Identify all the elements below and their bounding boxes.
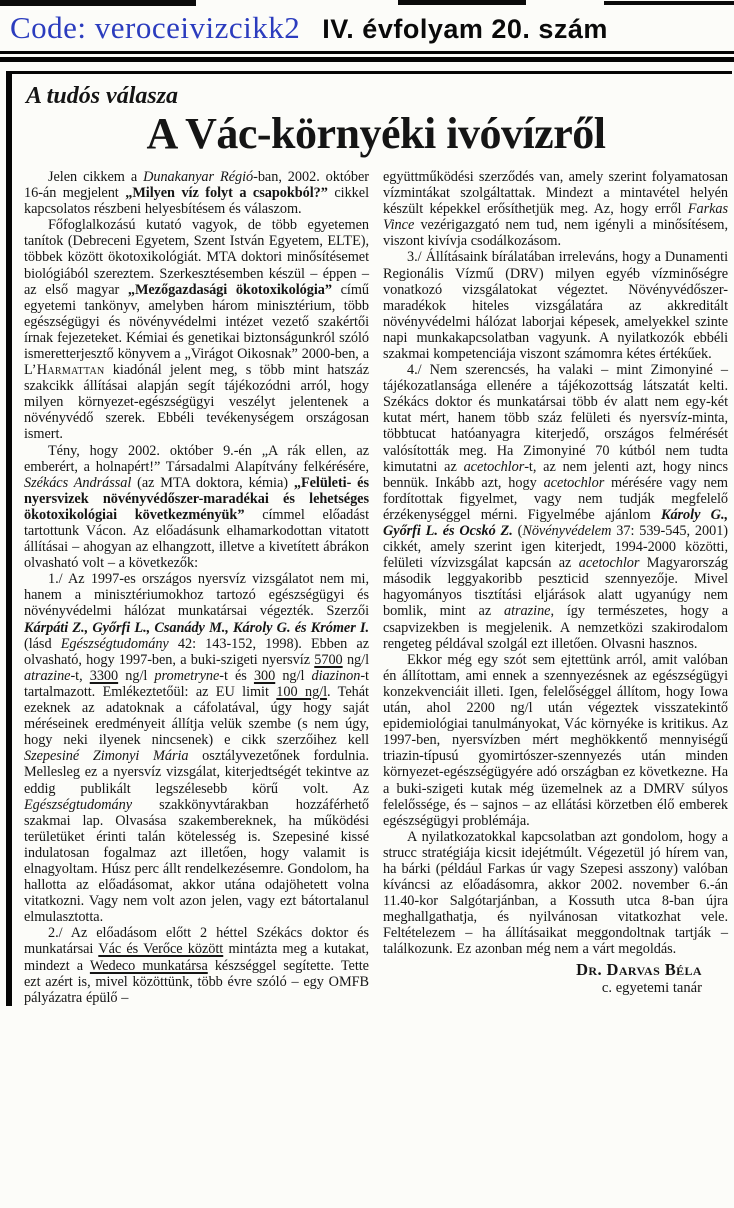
text-segment: együttműködési szerződés van, amely szer… bbox=[383, 169, 728, 217]
text-segment: L’Harmattan bbox=[24, 362, 105, 378]
text-segment: 100 ng/l bbox=[276, 684, 327, 700]
text-segment: Vác és Verőce között bbox=[98, 941, 223, 957]
page-code: Code: veroceivizcikk2 bbox=[10, 10, 300, 46]
text-segment: A nyilatkozatokkal kapcsolatban azt gond… bbox=[383, 829, 728, 958]
scan-artifact bbox=[604, 1, 734, 5]
text-segment: -t, bbox=[70, 668, 89, 684]
paragraph: 4./ Nem szerencsés, ha valaki – mint Zim… bbox=[383, 362, 728, 652]
text-segment: Egészségtudomány bbox=[61, 636, 169, 652]
text-segment: Székács Andrással bbox=[24, 475, 131, 491]
text-segment: acetochlor bbox=[579, 555, 640, 571]
text-segment: acetochlor bbox=[464, 459, 525, 475]
double-rule bbox=[0, 51, 734, 62]
left-column: Jelen cikkem a Dunakanyar Régió-ban, 200… bbox=[24, 169, 369, 1006]
paragraph: A nyilatkozatokkal kapcsolatban azt gond… bbox=[383, 829, 728, 958]
text-segment: (az MTA doktora, kémia) bbox=[131, 475, 294, 491]
text-segment: atrazine bbox=[504, 603, 550, 619]
text-segment: Kárpáti Z., Győrfi L., Csanády M., Károl… bbox=[24, 620, 369, 636]
text-segment: Egészségtudomány bbox=[24, 797, 132, 813]
text-segment: diazinon bbox=[311, 668, 360, 684]
text-segment: vezérigazgató nem tud, nem igényli a min… bbox=[383, 217, 728, 249]
text-segment: Növényvédelem bbox=[522, 523, 611, 539]
paragraph: Főfoglalkozású kutató vagyok, de több eg… bbox=[24, 217, 369, 442]
text-segment: prometryne bbox=[154, 668, 219, 684]
paragraph: 1./ Az 1997-es országos nyersvíz vizsgál… bbox=[24, 571, 369, 925]
paragraph: együttműködési szerződés van, amely szer… bbox=[383, 169, 728, 249]
text-segment: 1./ Az 1997-es országos nyersvíz vizsgál… bbox=[24, 571, 369, 619]
text-segment: atrazine bbox=[24, 668, 70, 684]
paragraph: 2./ Az előadásom előtt 2 héttel Székács … bbox=[24, 925, 369, 1005]
right-column: együttműködési szerződés van, amely szer… bbox=[383, 169, 728, 1006]
text-segment: Wedeco munkatársa bbox=[90, 958, 208, 974]
article-columns: Jelen cikkem a Dunakanyar Régió-ban, 200… bbox=[24, 169, 728, 1006]
text-segment: szakkönyvtárakban hozzáférhető szakmai l… bbox=[24, 797, 369, 926]
text-segment: acetochlor bbox=[544, 475, 605, 491]
paragraph: Jelen cikkem a Dunakanyar Régió-ban, 200… bbox=[24, 169, 369, 217]
text-segment: Jelen cikkem a bbox=[48, 169, 143, 185]
text-segment: ( bbox=[513, 523, 523, 539]
signature-block: Dr. Darvas Béla c. egyetemi tanár bbox=[383, 961, 728, 997]
author-title: c. egyetemi tanár bbox=[383, 980, 702, 998]
text-segment: Dunakanyar Régió bbox=[143, 169, 253, 185]
text-segment: ng/l bbox=[275, 668, 311, 684]
article-kicker: A tudós válasza bbox=[26, 84, 728, 109]
rule-line bbox=[0, 57, 734, 62]
text-segment: 3./ Állításaink bírálatában irreleváns, … bbox=[383, 249, 728, 362]
text-segment: ng/l bbox=[118, 668, 154, 684]
text-segment: Szepesiné Zimonyi Mária bbox=[24, 748, 189, 764]
text-segment: ng/l bbox=[343, 652, 369, 668]
text-segment: 5700 bbox=[314, 652, 342, 668]
issue-label: IV. évfolyam 20. szám bbox=[322, 14, 608, 45]
article-title: A Vác-környéki ivóvízről bbox=[24, 111, 728, 157]
page-header: Code: veroceivizcikk2 IV. évfolyam 20. s… bbox=[0, 0, 734, 46]
author-name: Dr. Darvas Béla bbox=[383, 961, 702, 980]
text-segment: Ekkor még egy szót sem ejtettünk arról, … bbox=[383, 652, 728, 829]
article: A tudós válasza A Vác-környéki ivóvízről… bbox=[6, 71, 732, 1006]
text-segment: -t és bbox=[219, 668, 254, 684]
text-segment: „Mezőgazdasági ökotoxikológia” bbox=[128, 282, 332, 298]
scan-artifact bbox=[0, 0, 196, 6]
text-segment: (lásd bbox=[24, 636, 61, 652]
text-segment: 300 bbox=[254, 668, 275, 684]
paragraph: Tény, hogy 2002. október 9.-én „A rák el… bbox=[24, 443, 369, 572]
text-segment: 3300 bbox=[90, 668, 118, 684]
text-segment: Tény, hogy 2002. október 9.-én „A rák el… bbox=[24, 443, 369, 475]
text-segment: „Milyen víz folyt a csapokból?” bbox=[125, 185, 328, 201]
scan-artifact bbox=[398, 0, 526, 5]
paragraph: Ekkor még egy szót sem ejtettünk arról, … bbox=[383, 652, 728, 829]
paragraph: 3./ Állításaink bírálatában irreleváns, … bbox=[383, 249, 728, 362]
